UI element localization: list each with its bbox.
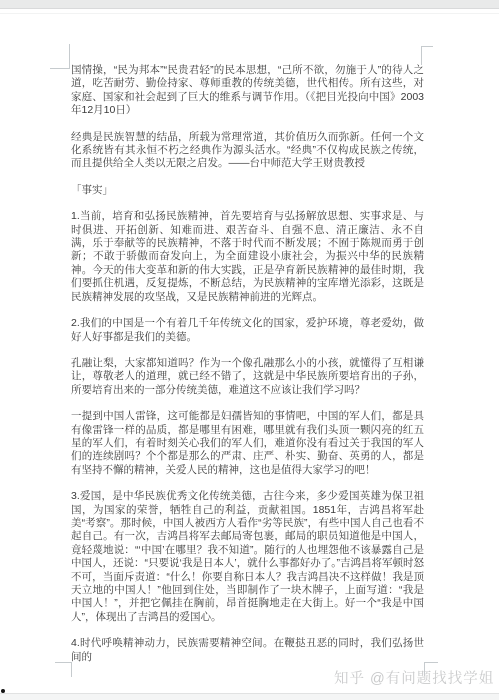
paragraph-kongrong: 孔融让梨，大家都知道吗？作为一个像孔融那么小的小孩，就懂得了互相谦让，尊敬老人的… (71, 357, 424, 397)
margin-mark-top-right (421, 46, 433, 65)
paragraph-fact-4: 4.时代呼唤精神动力，民族需要精神空间。在鞭挞丑恶的同时，我们弘扬世间的 (71, 637, 424, 664)
viewer-top-edge (0, 0, 499, 9)
margin-mark-bottom-left (55, 662, 72, 677)
zhihu-watermark: 知乎 @有问题找找学姐 (334, 667, 494, 688)
viewer-bottom-edge (0, 693, 499, 700)
paragraph-fact-1: 1.当前，培育和弘扬民族精神，首先要培育与弘扬解放思想、实事求是、与时俱进、开拓… (71, 210, 424, 304)
document-body: 国情操，“民为邦本”“民贵君轻”的民本思想，“己所不欲，勿施于人”的待人之道，吃… (71, 64, 424, 677)
section-heading: 「事实」 (71, 184, 424, 197)
paragraph-fact-2: 2.我们的中国是一个有着几千年传统文化的国家，爱护环境，尊老爱幼，做好人好事都是… (71, 317, 424, 344)
paragraph-fact-3: 3.爱国，是中华民族优秀文化传统美德，古往今来，多少爱国英雄为保卫祖国，为国家的… (71, 490, 424, 624)
page-top-hairline (0, 13, 499, 14)
paragraph-leifeng: 一提到中国人雷锋，这可能都是妇孺皆知的事情吧，中国的军人们，都是具有像雷锋一样的… (71, 410, 424, 477)
paragraph-classic-quote: 经典是民族智慧的结晶，所载为常理常道，其价值历久而弥新。任何一个文化系统皆有其永… (71, 131, 424, 171)
margin-mark-top-left (50, 44, 70, 69)
paragraph-continued: 国情操，“民为邦本”“民贵君轻”的民本思想，“己所不欲，勿施于人”的待人之道，吃… (71, 64, 424, 118)
